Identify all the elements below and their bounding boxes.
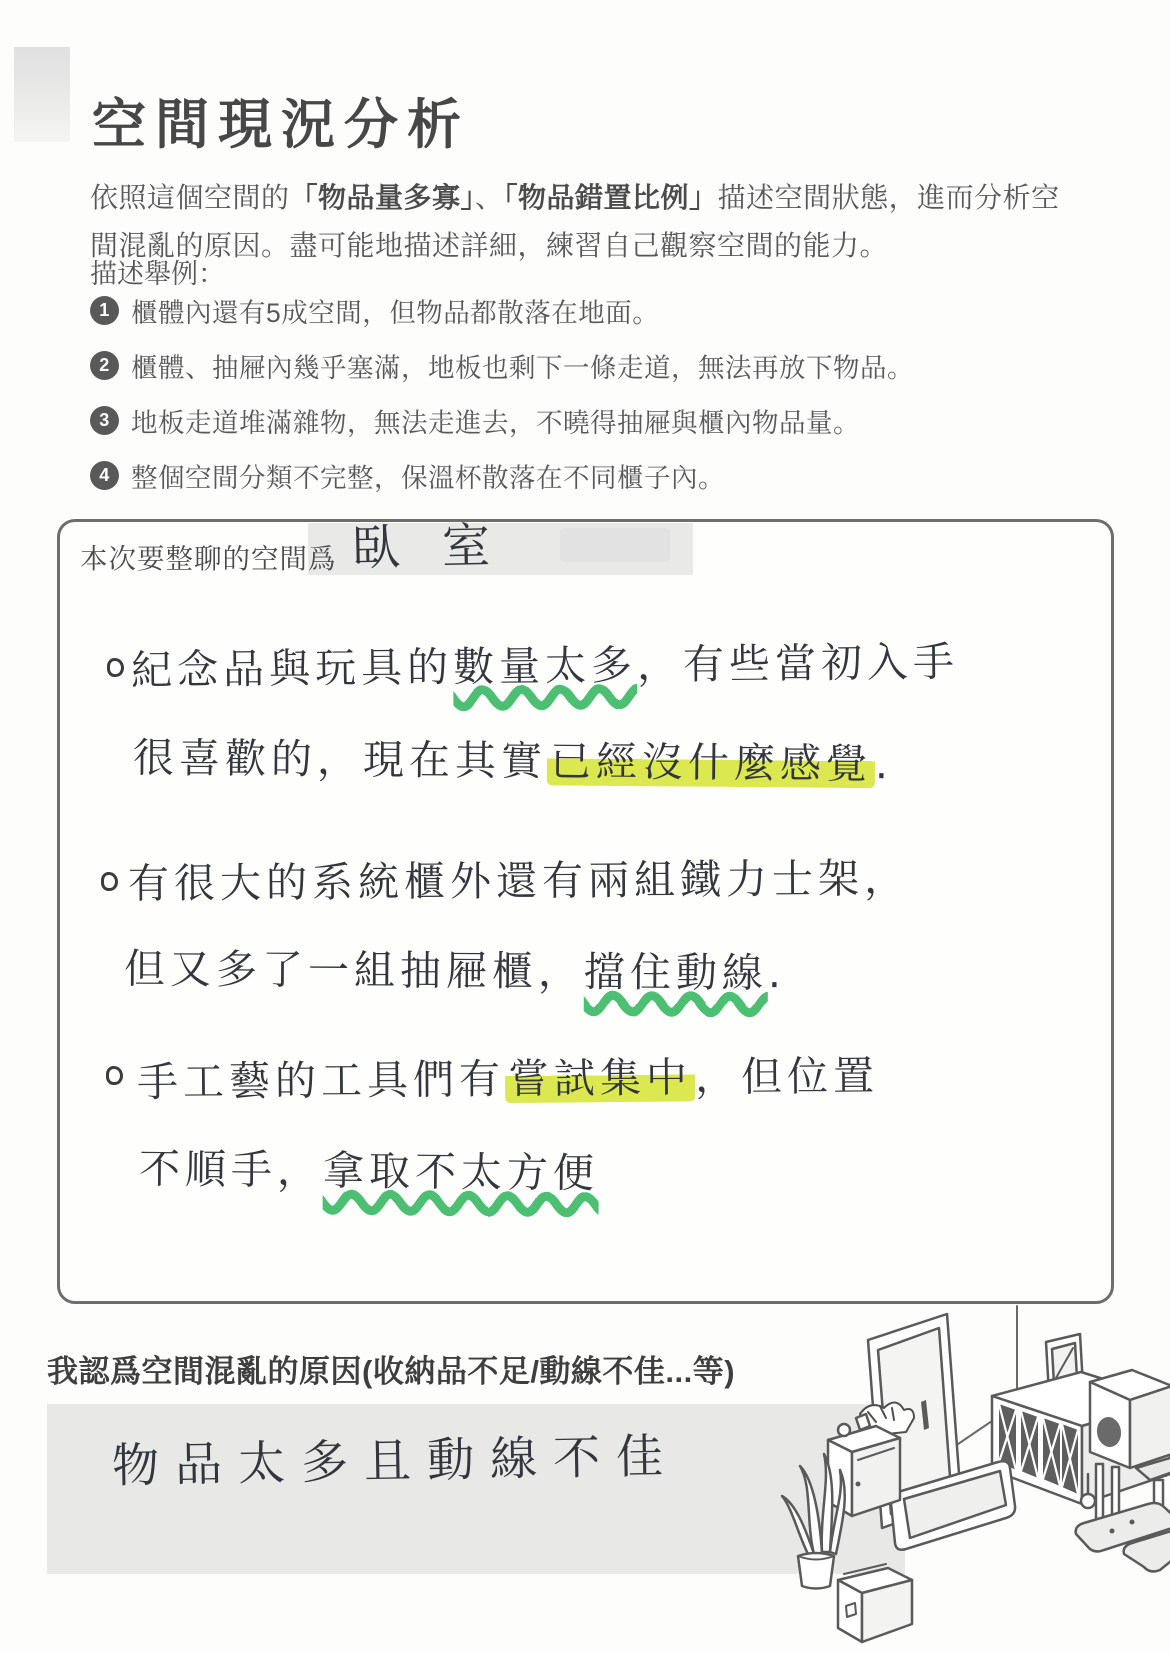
note-text: 不順手， [139, 1145, 323, 1195]
bullet-dot-icon [106, 1066, 123, 1085]
note-text: 但又多了一組抽屜櫃， [124, 945, 584, 996]
list-item: 2 櫃體、抽屜內幾乎塞滿，地板也剩下一條走道，無法再放下物品。 [90, 346, 1090, 385]
example-text: 櫃體內還有5成空間，但物品都散落在地面。 [131, 291, 659, 330]
note-1-line-2: 很喜歡的，現在其實已經沒什麼感覺. [133, 725, 894, 791]
example-text: 整個空間分類不完整，保溫杯散落在不同櫃子內。 [131, 456, 725, 495]
intro-separator: 、 [475, 182, 504, 213]
decorative-gray-strip [14, 47, 70, 142]
note-text: 很喜歡的，現在其實 [133, 734, 547, 786]
page-title: 空間現況分析 [92, 82, 470, 159]
example-text: 櫃體、抽屜內幾乎塞滿，地板也剩下一條走道，無法再放下物品。 [131, 346, 914, 385]
note-3-line-1: 手工藝的工具們有嘗試集中，但位置 [137, 1043, 879, 1108]
examples-label: 描述舉例： [90, 252, 225, 291]
handwritten-space-answer: 臥室 [351, 506, 532, 579]
conclusion-heading: 我認爲空間混亂的原因(收納品不足/動線不佳...等) [47, 1346, 735, 1391]
note-text: ，有些當初入手 [637, 638, 959, 689]
number-3-badge-icon: 3 [90, 406, 119, 435]
number-1-badge-icon: 1 [90, 296, 119, 325]
intro-bold-item-quantity: 「物品量多寡」 [290, 182, 476, 213]
note-2-line-1: 有很大的系統櫃外還有兩組鐵力士架， [128, 845, 910, 909]
bullet-dot-icon [101, 872, 118, 891]
number-4-badge-icon: 4 [90, 461, 119, 490]
intro-bold-misplacement-ratio: 「物品錯置比例」 [504, 182, 718, 213]
green-wavy-highlight: 拿取不太方便 [323, 1147, 599, 1198]
cardboard-box-icon [838, 1564, 912, 1642]
space-prompt-label: 本次要整聊的空間爲 [80, 536, 337, 576]
intro-paragraph: 依照這個空間的「物品量多寡」、「物品錯置比例」描述空間狀態，進而分析空間混亂的原… [90, 174, 1060, 270]
erased-pencil-smudge [560, 528, 670, 562]
yellow-highlight: 嘗試集中 [505, 1053, 695, 1103]
examples-list: 1 櫃體內還有5成空間，但物品都散落在地面。 2 櫃體、抽屜內幾乎塞滿，地板也剩… [90, 291, 1090, 511]
note-text: 紀念品與玩具的 [131, 643, 453, 694]
green-wavy-highlight: 數量太多 [453, 641, 637, 691]
note-1-line-1: 紀念品與玩具的數量太多，有些當初入手 [131, 629, 960, 697]
note-text: 有很大的系統櫃外還有兩組鐵力士架， [128, 854, 910, 907]
list-item: 3 地板走道堆滿雜物，無法走進去，不曉得抽屜與櫃內物品量。 [90, 401, 1090, 440]
intro-text: 依照這個空間的 [90, 182, 290, 213]
note-text: ，但位置 [695, 1052, 879, 1102]
handwritten-conclusion-answer: 物品太多且動線不佳 [111, 1419, 679, 1496]
bullet-dot-icon [107, 658, 124, 677]
note-text: . [768, 949, 786, 997]
example-text: 地板走道堆滿雜物，無法走進去，不曉得抽屜與櫃內物品量。 [131, 401, 860, 440]
note-text: 手工藝的工具們有 [137, 1055, 505, 1106]
list-item: 4 整個空間分類不完整，保溫杯散落在不同櫃子內。 [90, 456, 1090, 495]
green-wavy-highlight: 擋住動線 [584, 948, 768, 997]
note-text: . [875, 740, 893, 788]
note-3-line-2: 不順手，拿取不太方便 [139, 1136, 600, 1200]
list-item: 1 櫃體內還有5成空間，但物品都散落在地面。 [90, 291, 1090, 330]
number-2-badge-icon: 2 [90, 351, 119, 380]
room-illustration [740, 1254, 1170, 1654]
yellow-highlight: 已經沒什麼感覺 [547, 737, 875, 788]
note-2-line-2: 但又多了一組抽屜櫃，擋住動線. [124, 936, 786, 1000]
worksheet-page: 空間現況分析 依照這個空間的「物品量多寡」、「物品錯置比例」描述空間狀態，進而分… [0, 0, 1170, 1654]
